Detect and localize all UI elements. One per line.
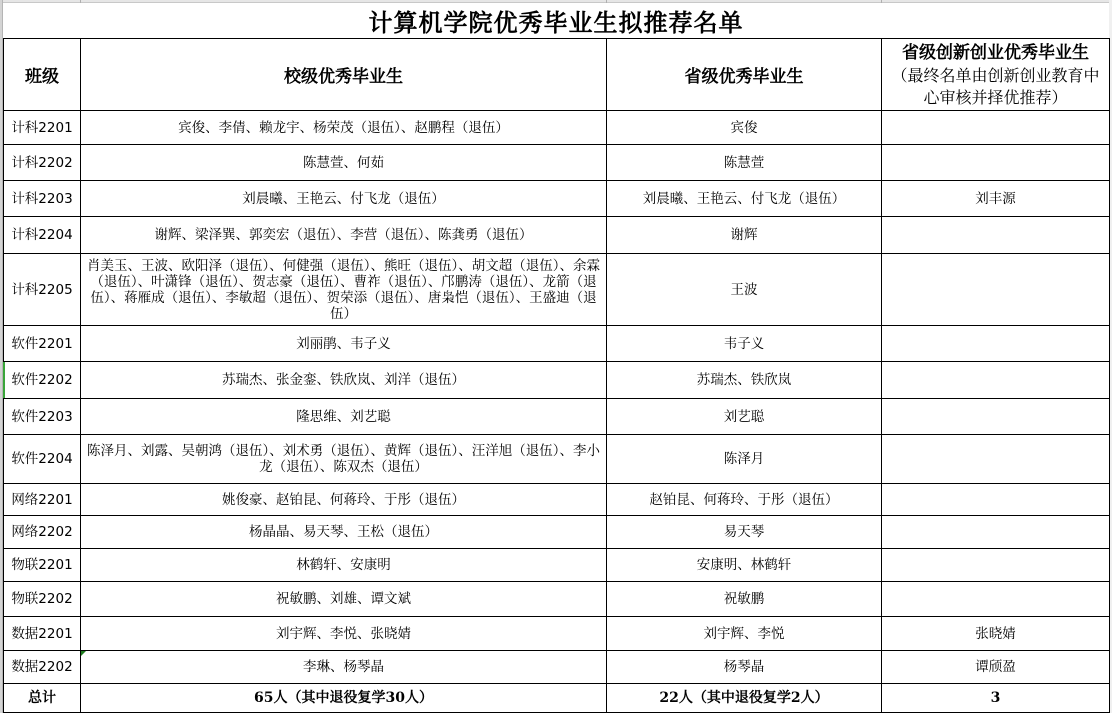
innovation-cell[interactable]: [882, 484, 1110, 516]
innovation-cell[interactable]: 谭颀盈: [882, 651, 1110, 684]
school-cell[interactable]: 谢辉、梁泽巽、郭奕宏（退伍）、李营（退伍）、陈龚勇（退伍）: [81, 217, 607, 254]
class-cell[interactable]: 物联2201: [4, 549, 81, 582]
table-row: 物联2201 林鹤轩、安康明 安康明、林鹤轩: [4, 549, 1110, 582]
province-cell[interactable]: 安康明、林鹤轩: [607, 549, 882, 582]
innovation-cell[interactable]: [882, 145, 1110, 181]
school-cell[interactable]: 陈慧萱、何茹: [81, 145, 607, 181]
innovation-cell[interactable]: 张晓婧: [882, 617, 1110, 651]
total-innovation[interactable]: 3: [882, 684, 1110, 713]
table-row: 计科2203 刘晨曦、王艳云、付飞龙（退伍） 刘晨曦、王艳云、付飞龙（退伍） 刘…: [4, 181, 1110, 217]
header-province-level[interactable]: 省级优秀毕业生: [607, 39, 882, 111]
class-cell[interactable]: 计科2204: [4, 217, 81, 254]
class-cell[interactable]: 数据2201: [4, 617, 81, 651]
province-cell[interactable]: 陈慧萱: [607, 145, 882, 181]
class-cell[interactable]: 软件2201: [4, 326, 81, 362]
class-cell[interactable]: 计科2202: [4, 145, 81, 181]
school-cell[interactable]: 刘宇辉、李悦、张晓婧: [81, 617, 607, 651]
school-cell[interactable]: 刘丽鹃、韦子义: [81, 326, 607, 362]
province-cell[interactable]: 易天琴: [607, 516, 882, 549]
innovation-cell[interactable]: [882, 582, 1110, 617]
school-cell[interactable]: 刘晨曦、王艳云、付飞龙（退伍）: [81, 181, 607, 217]
province-cell[interactable]: 韦子义: [607, 326, 882, 362]
school-cell[interactable]: 隆思维、刘艺聪: [81, 399, 607, 435]
total-label[interactable]: 总计: [4, 684, 81, 713]
page-title: 计算机学院优秀毕业生拟推荐名单: [3, 3, 1109, 38]
innovation-cell[interactable]: [882, 516, 1110, 549]
table-row: 计科2201 宾俊、李倩、赖龙宇、杨荣茂（退伍）、赵鹏程（退伍） 宾俊: [4, 111, 1110, 145]
province-cell[interactable]: 苏瑞杰、铁欣岚: [607, 362, 882, 399]
header-school-level[interactable]: 校级优秀毕业生: [81, 39, 607, 111]
province-cell[interactable]: 杨琴晶: [607, 651, 882, 684]
active-row-indicator: [3, 362, 5, 398]
innovation-cell[interactable]: [882, 326, 1110, 362]
table-row: 计科2204 谢辉、梁泽巽、郭奕宏（退伍）、李营（退伍）、陈龚勇（退伍） 谢辉: [4, 217, 1110, 254]
table-row: 数据2201 刘宇辉、李悦、张晓婧 刘宇辉、李悦 张晓婧: [4, 617, 1110, 651]
table-row: 软件2201 刘丽鹃、韦子义 韦子义: [4, 326, 1110, 362]
province-cell[interactable]: 刘艺聪: [607, 399, 882, 435]
school-cell[interactable]: 姚俊豪、赵铂昆、何蒋玲、于彤（退伍）: [81, 484, 607, 516]
school-cell[interactable]: 宾俊、李倩、赖龙宇、杨荣茂（退伍）、赵鹏程（退伍）: [81, 111, 607, 145]
table-row: 网络2201 姚俊豪、赵铂昆、何蒋玲、于彤（退伍） 赵铂昆、何蒋玲、于彤（退伍）: [4, 484, 1110, 516]
innovation-cell[interactable]: [882, 111, 1110, 145]
class-cell[interactable]: 网络2201: [4, 484, 81, 516]
table-row: 软件2204 陈泽月、刘露、吴朝鸿（退伍）、刘术勇（退伍）、黄辉（退伍）、汪洋旭…: [4, 435, 1110, 484]
school-cell[interactable]: 李琳、杨琴晶: [81, 651, 607, 684]
cell-comment-marker: [81, 651, 86, 656]
table-row: 软件2202 苏瑞杰、张金銮、铁欣岚、刘洋（退伍） 苏瑞杰、铁欣岚: [4, 362, 1110, 399]
header-row: 班级 校级优秀毕业生 省级优秀毕业生 省级创新创业优秀毕业生 （最终名单由创新创…: [4, 39, 1110, 111]
province-cell[interactable]: 宾俊: [607, 111, 882, 145]
school-cell[interactable]: 祝敏鹏、刘雄、谭文斌: [81, 582, 607, 617]
total-province[interactable]: 22人（其中退役复学2人）: [607, 684, 882, 713]
class-cell[interactable]: 计科2203: [4, 181, 81, 217]
province-cell[interactable]: 赵铂昆、何蒋玲、于彤（退伍）: [607, 484, 882, 516]
header-innovation-note: （最终名单由创新创业教育中心审核并择优推荐）: [886, 65, 1105, 109]
province-cell[interactable]: 刘宇辉、李悦: [607, 617, 882, 651]
innovation-cell[interactable]: [882, 254, 1110, 326]
total-school[interactable]: 65人（其中退役复学30人）: [81, 684, 607, 713]
table-row: 物联2202 祝敏鹏、刘雄、谭文斌 祝敏鹏: [4, 582, 1110, 617]
province-cell[interactable]: 谢辉: [607, 217, 882, 254]
header-innovation-title: 省级创新创业优秀毕业生: [886, 41, 1105, 65]
school-cell[interactable]: 林鹤轩、安康明: [81, 549, 607, 582]
class-cell[interactable]: 软件2203: [4, 399, 81, 435]
school-cell[interactable]: 陈泽月、刘露、吴朝鸿（退伍）、刘术勇（退伍）、黄辉（退伍）、汪洋旭（退伍）、李小…: [81, 435, 607, 484]
innovation-cell[interactable]: 刘丰源: [882, 181, 1110, 217]
recommendation-table: 班级 校级优秀毕业生 省级优秀毕业生 省级创新创业优秀毕业生 （最终名单由创新创…: [3, 38, 1110, 713]
province-cell[interactable]: 刘晨曦、王艳云、付飞龙（退伍）: [607, 181, 882, 217]
class-cell[interactable]: 软件2202: [4, 362, 81, 399]
innovation-cell[interactable]: [882, 549, 1110, 582]
table-row: 软件2203 隆思维、刘艺聪 刘艺聪: [4, 399, 1110, 435]
province-cell[interactable]: 陈泽月: [607, 435, 882, 484]
table-row: 网络2202 杨晶晶、易天琴、王松（退伍） 易天琴: [4, 516, 1110, 549]
class-cell[interactable]: 网络2202: [4, 516, 81, 549]
innovation-cell[interactable]: [882, 399, 1110, 435]
innovation-cell[interactable]: [882, 435, 1110, 484]
school-cell[interactable]: 苏瑞杰、张金銮、铁欣岚、刘洋（退伍）: [81, 362, 607, 399]
innovation-cell[interactable]: [882, 217, 1110, 254]
innovation-cell[interactable]: [882, 362, 1110, 399]
class-cell[interactable]: 计科2205: [4, 254, 81, 326]
school-cell[interactable]: 杨晶晶、易天琴、王松（退伍）: [81, 516, 607, 549]
header-class[interactable]: 班级: [4, 39, 81, 111]
class-cell[interactable]: 物联2202: [4, 582, 81, 617]
table-row: 计科2205 肖美玉、王波、欧阳泽（退伍）、何健强（退伍）、熊旺（退伍）、胡文超…: [4, 254, 1110, 326]
table-row: 数据2202 李琳、杨琴晶 杨琴晶 谭颀盈: [4, 651, 1110, 684]
class-cell[interactable]: 软件2204: [4, 435, 81, 484]
school-cell[interactable]: 肖美玉、王波、欧阳泽（退伍）、何健强（退伍）、熊旺（退伍）、胡文超（退伍）、余霖…: [81, 254, 607, 326]
province-cell[interactable]: 王波: [607, 254, 882, 326]
total-row: 总计 65人（其中退役复学30人） 22人（其中退役复学2人） 3: [4, 684, 1110, 713]
province-cell[interactable]: 祝敏鹏: [607, 582, 882, 617]
class-cell[interactable]: 计科2201: [4, 111, 81, 145]
table-row: 计科2202 陈慧萱、何茹 陈慧萱: [4, 145, 1110, 181]
header-innovation[interactable]: 省级创新创业优秀毕业生 （最终名单由创新创业教育中心审核并择优推荐）: [882, 39, 1110, 111]
class-cell[interactable]: 数据2202: [4, 651, 81, 684]
